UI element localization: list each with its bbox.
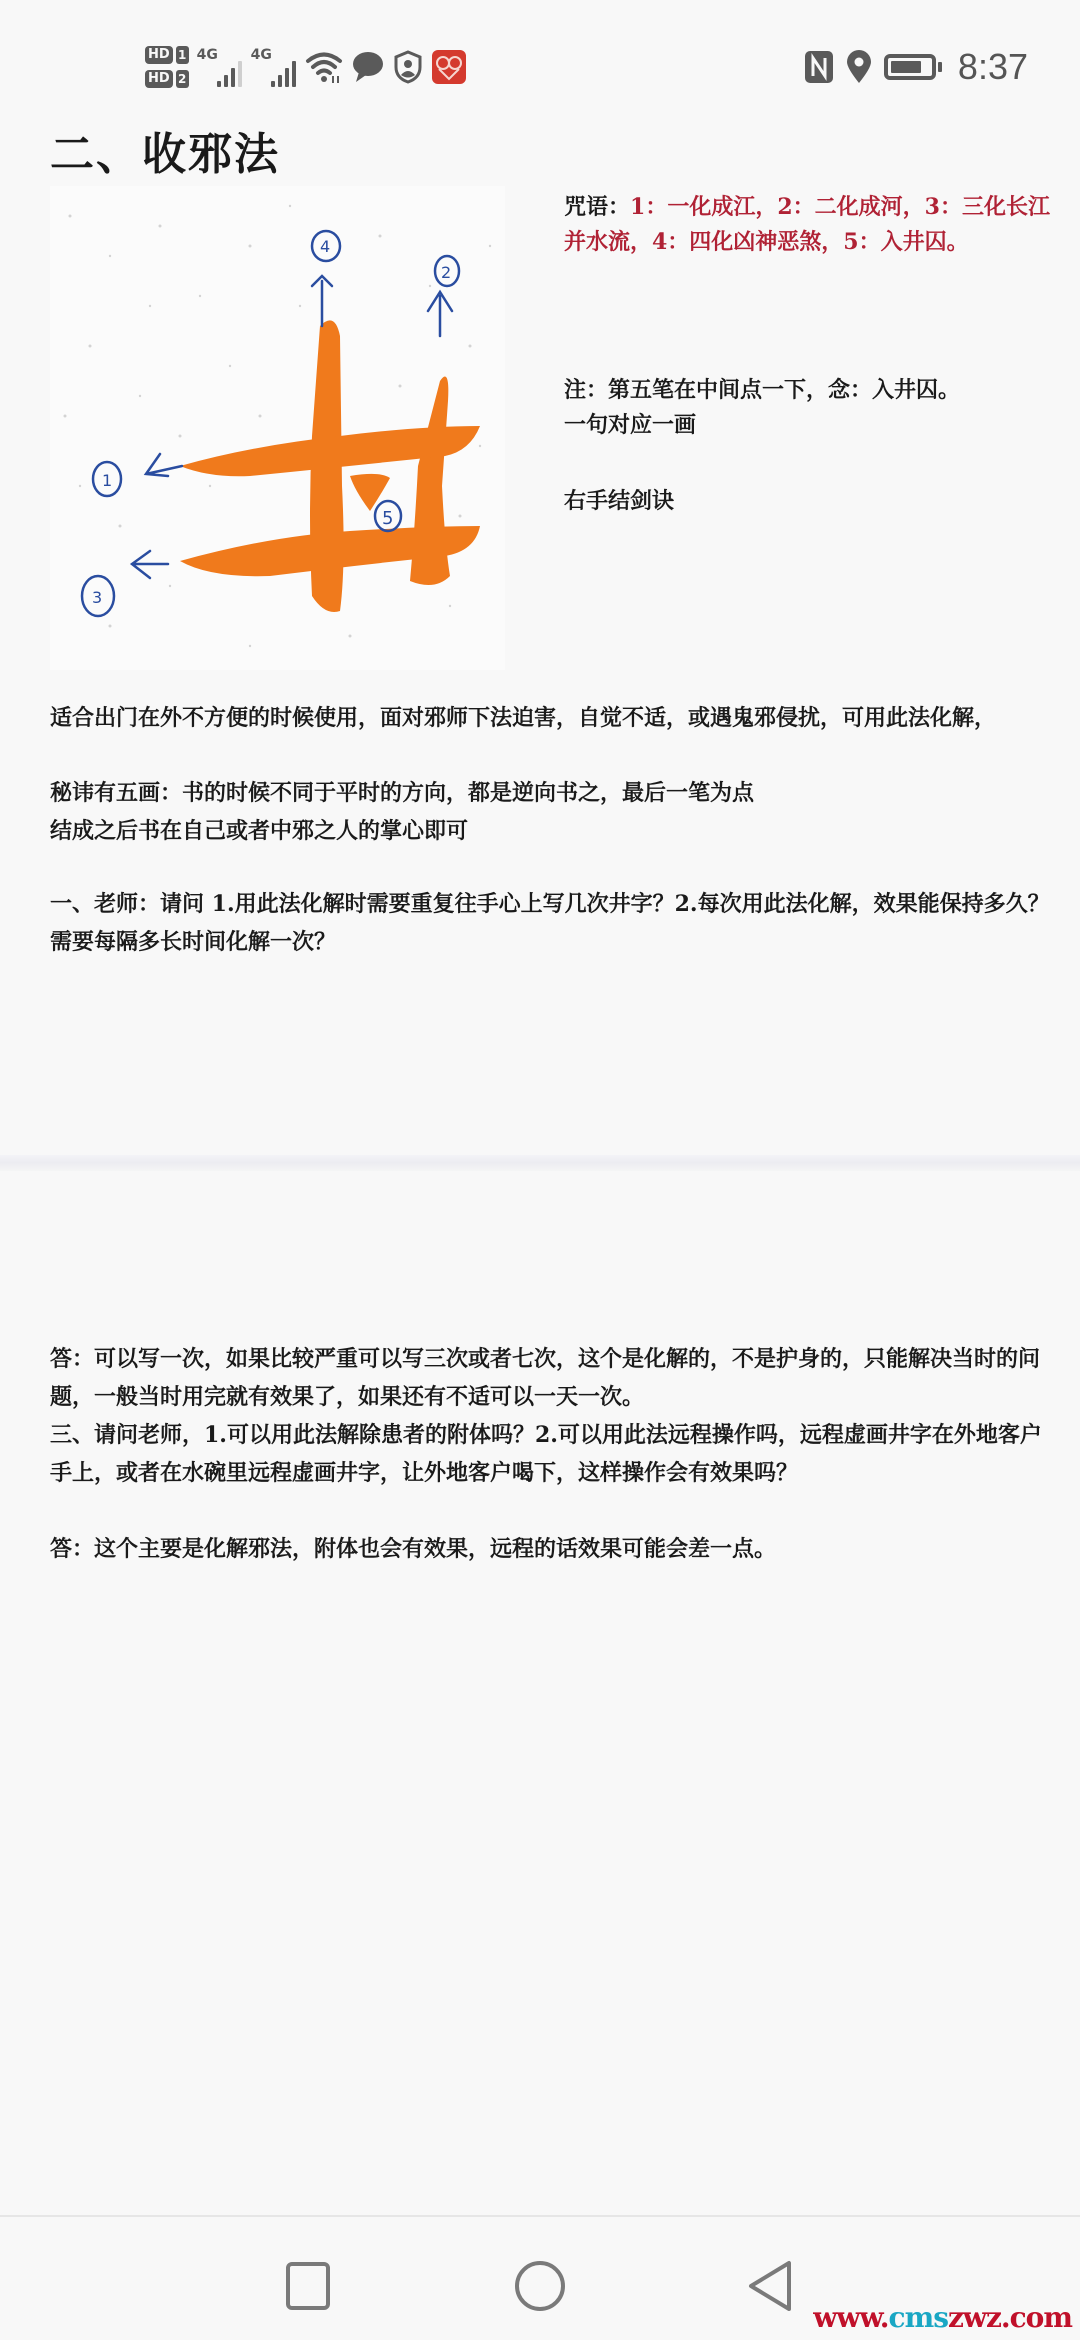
chat-bubble-icon	[351, 50, 385, 84]
svg-text:1: 1	[102, 471, 112, 490]
svg-text:4: 4	[320, 237, 330, 256]
incantation-block: 咒语：1：一化成江，2：二化成河，3：三化长江并水流，4：四化凶神恶煞，5：入井…	[564, 190, 1064, 260]
wifi-icon	[305, 50, 343, 84]
note-line-1: 注：第五笔在中间点一下，念：入井囚。	[564, 373, 1064, 408]
note-line-2: 一句对应一画	[564, 408, 1064, 443]
sim2-hd-indicator: HD 2	[145, 70, 189, 88]
square-icon	[285, 2261, 331, 2311]
nav-divider	[0, 2215, 1080, 2217]
status-bar: HD 1 HD 2 4G 4G	[0, 0, 1080, 110]
triangle-back-icon	[745, 2259, 795, 2313]
after-paragraph: 结成之后书在自己或者中邪之人的掌心即可	[50, 812, 1050, 850]
recents-button[interactable]	[278, 2256, 338, 2316]
location-icon	[846, 50, 872, 84]
nfc-icon	[804, 50, 834, 84]
stroke-order-figure: 4 2 1 3 5	[50, 186, 505, 670]
usage-paragraph: 适合出门在外不方便的时候使用，面对邪师下法迫害，自觉不适，或遇鬼邪侵扰，可用此法…	[50, 699, 1050, 737]
hd-icon: HD	[145, 70, 173, 88]
sim1-hd-indicator: HD 1	[145, 46, 189, 64]
signal-strength-icon-sim1: 4G	[197, 47, 243, 87]
circle-icon	[513, 2259, 567, 2313]
svg-text:2: 2	[441, 263, 451, 282]
sim-number: 2	[176, 70, 189, 88]
sim-number: 1	[176, 46, 189, 64]
question-1: 一、老师：请问 1.用此法化解时需要重复往手心上写几次井字？2.每次用此法化解，…	[50, 885, 1050, 961]
secret-paragraph: 秘讳有五画：书的时候不同于平时的方向，都是逆向书之，最后一笔为点	[50, 774, 1050, 812]
page-title: 二、收邪法	[50, 118, 280, 182]
hand-gesture-note: 右手结剑诀	[564, 484, 1064, 519]
watermark: www.cmszwz.com	[813, 2301, 1072, 2334]
svg-text:5: 5	[382, 508, 393, 529]
page-divider	[0, 1155, 1080, 1171]
back-button[interactable]	[740, 2256, 800, 2316]
home-button[interactable]	[510, 2256, 570, 2316]
question-3: 三、请问老师，1.可以用此法解除患者的附体吗？2.可以用此法远程操作吗，远程虚画…	[50, 1416, 1050, 1492]
answer-1: 答：可以写一次，如果比较严重可以写三次或者七次，这个是化解的，不是护身的，只能解…	[50, 1340, 1050, 1416]
battery-icon	[884, 54, 936, 80]
svg-text:3: 3	[92, 588, 102, 607]
incantation-text: 1：一化成江，2：二化成河，3：三化长江并水流，4：四化凶神恶煞，5：入井囚。	[564, 194, 1050, 255]
app-notification-icon	[431, 49, 467, 85]
signal-strength-icon-sim2: 4G	[251, 47, 297, 87]
incantation-label: 咒语：	[564, 194, 630, 220]
clock: 8:37	[958, 46, 1028, 88]
shield-user-icon	[393, 50, 423, 84]
answer-3: 答：这个主要是化解邪法，附体也会有效果，远程的话效果可能会差一点。	[50, 1530, 1050, 1568]
hd-icon: HD	[145, 46, 173, 64]
